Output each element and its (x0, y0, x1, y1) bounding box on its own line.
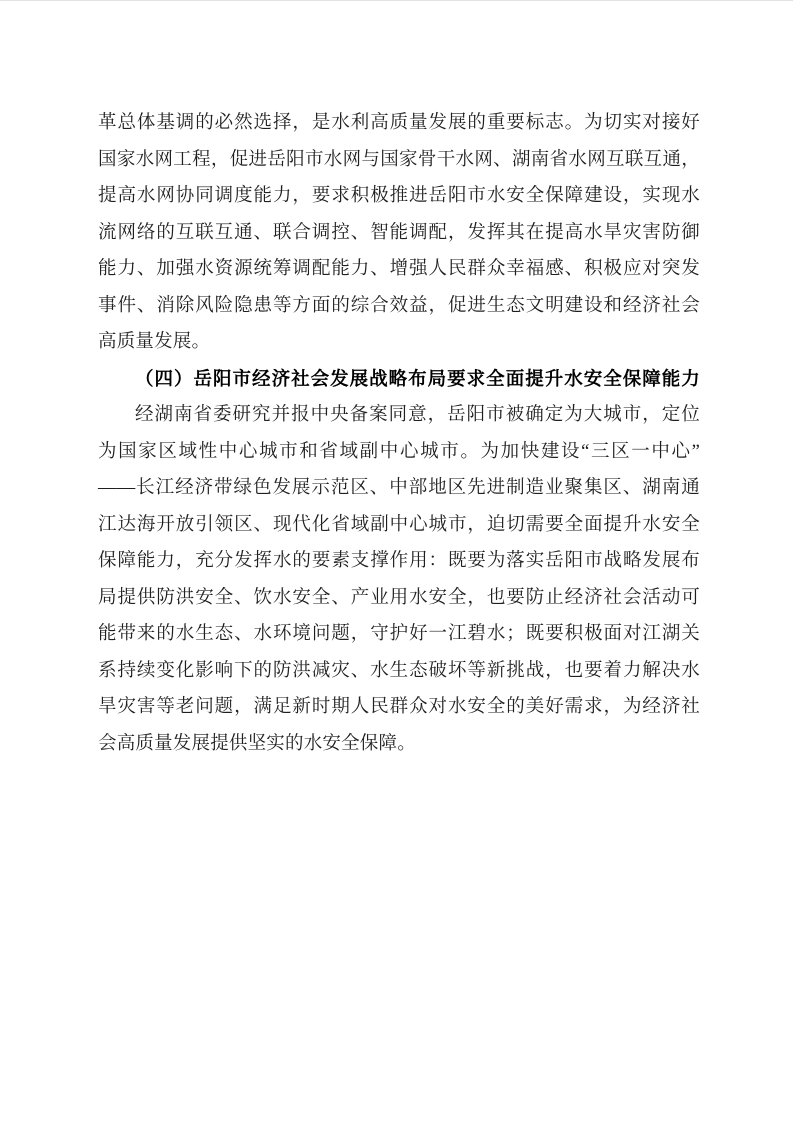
text-line: 系持续变化影响下的防洪减灾、水生态破坏等新挑战，也要着力解决水 (98, 653, 700, 690)
paragraph-section-4: 经湖南省委研究并报中央备案同意，岳阳市被确定为大城市，定位为国家区域性中心城市和… (98, 397, 700, 762)
text-line: 能力、加强水资源统筹调配能力、增强人民群众幸福感、积极应对突发 (98, 251, 700, 288)
section-4-heading: （四）岳阳市经济社会发展战略布局要求全面提升水安全保障能力 (98, 361, 700, 398)
text-line: 为国家区域性中心城市和省域副中心城市。为加快建设“三区一中心” (98, 434, 700, 471)
text-line: 国家水网工程，促进岳阳市水网与国家骨干水网、湖南省水网互联互通， (98, 142, 700, 179)
text-line: 能带来的水生态、水环境问题，守护好一江碧水；既要积极面对江湖关 (98, 616, 700, 653)
text-line: 事件、消除风险隐患等方面的综合效益，促进生态文明建设和经济社会 (98, 288, 700, 325)
text-line: 局提供防洪安全、饮水安全、产业用水安全，也要防止经济社会活动可 (98, 580, 700, 617)
text-line: 保障能力，充分发挥水的要素支撑作用：既要为落实岳阳市战略发展布 (98, 543, 700, 580)
text-line: 经湖南省委研究并报中央备案同意，岳阳市被确定为大城市，定位 (98, 397, 700, 434)
paragraph-continuation: 革总体基调的必然选择，是水利高质量发展的重要标志。为切实对接好国家水网工程，促进… (98, 105, 700, 361)
text-line: 提高水网协同调度能力，要求积极推进岳阳市水安全保障建设，实现水 (98, 178, 700, 215)
text-line: 会高质量发展提供坚实的水安全保障。 (98, 726, 700, 763)
document-body: 革总体基调的必然选择，是水利高质量发展的重要标志。为切实对接好国家水网工程，促进… (98, 105, 700, 762)
text-line: 流网络的互联互通、联合调控、智能调配，发挥其在提高水旱灾害防御 (98, 215, 700, 252)
document-page: 革总体基调的必然选择，是水利高质量发展的重要标志。为切实对接好国家水网工程，促进… (0, 0, 793, 1123)
text-line: 旱灾害等老问题，满足新时期人民群众对水安全的美好需求，为经济社 (98, 689, 700, 726)
text-line: 革总体基调的必然选择，是水利高质量发展的重要标志。为切实对接好 (98, 105, 700, 142)
text-line: 高质量发展。 (98, 324, 700, 361)
text-line: 江达海开放引领区、现代化省域副中心城市，迫切需要全面提升水安全 (98, 507, 700, 544)
text-line: ——长江经济带绿色发展示范区、中部地区先进制造业聚集区、湖南通 (98, 470, 700, 507)
